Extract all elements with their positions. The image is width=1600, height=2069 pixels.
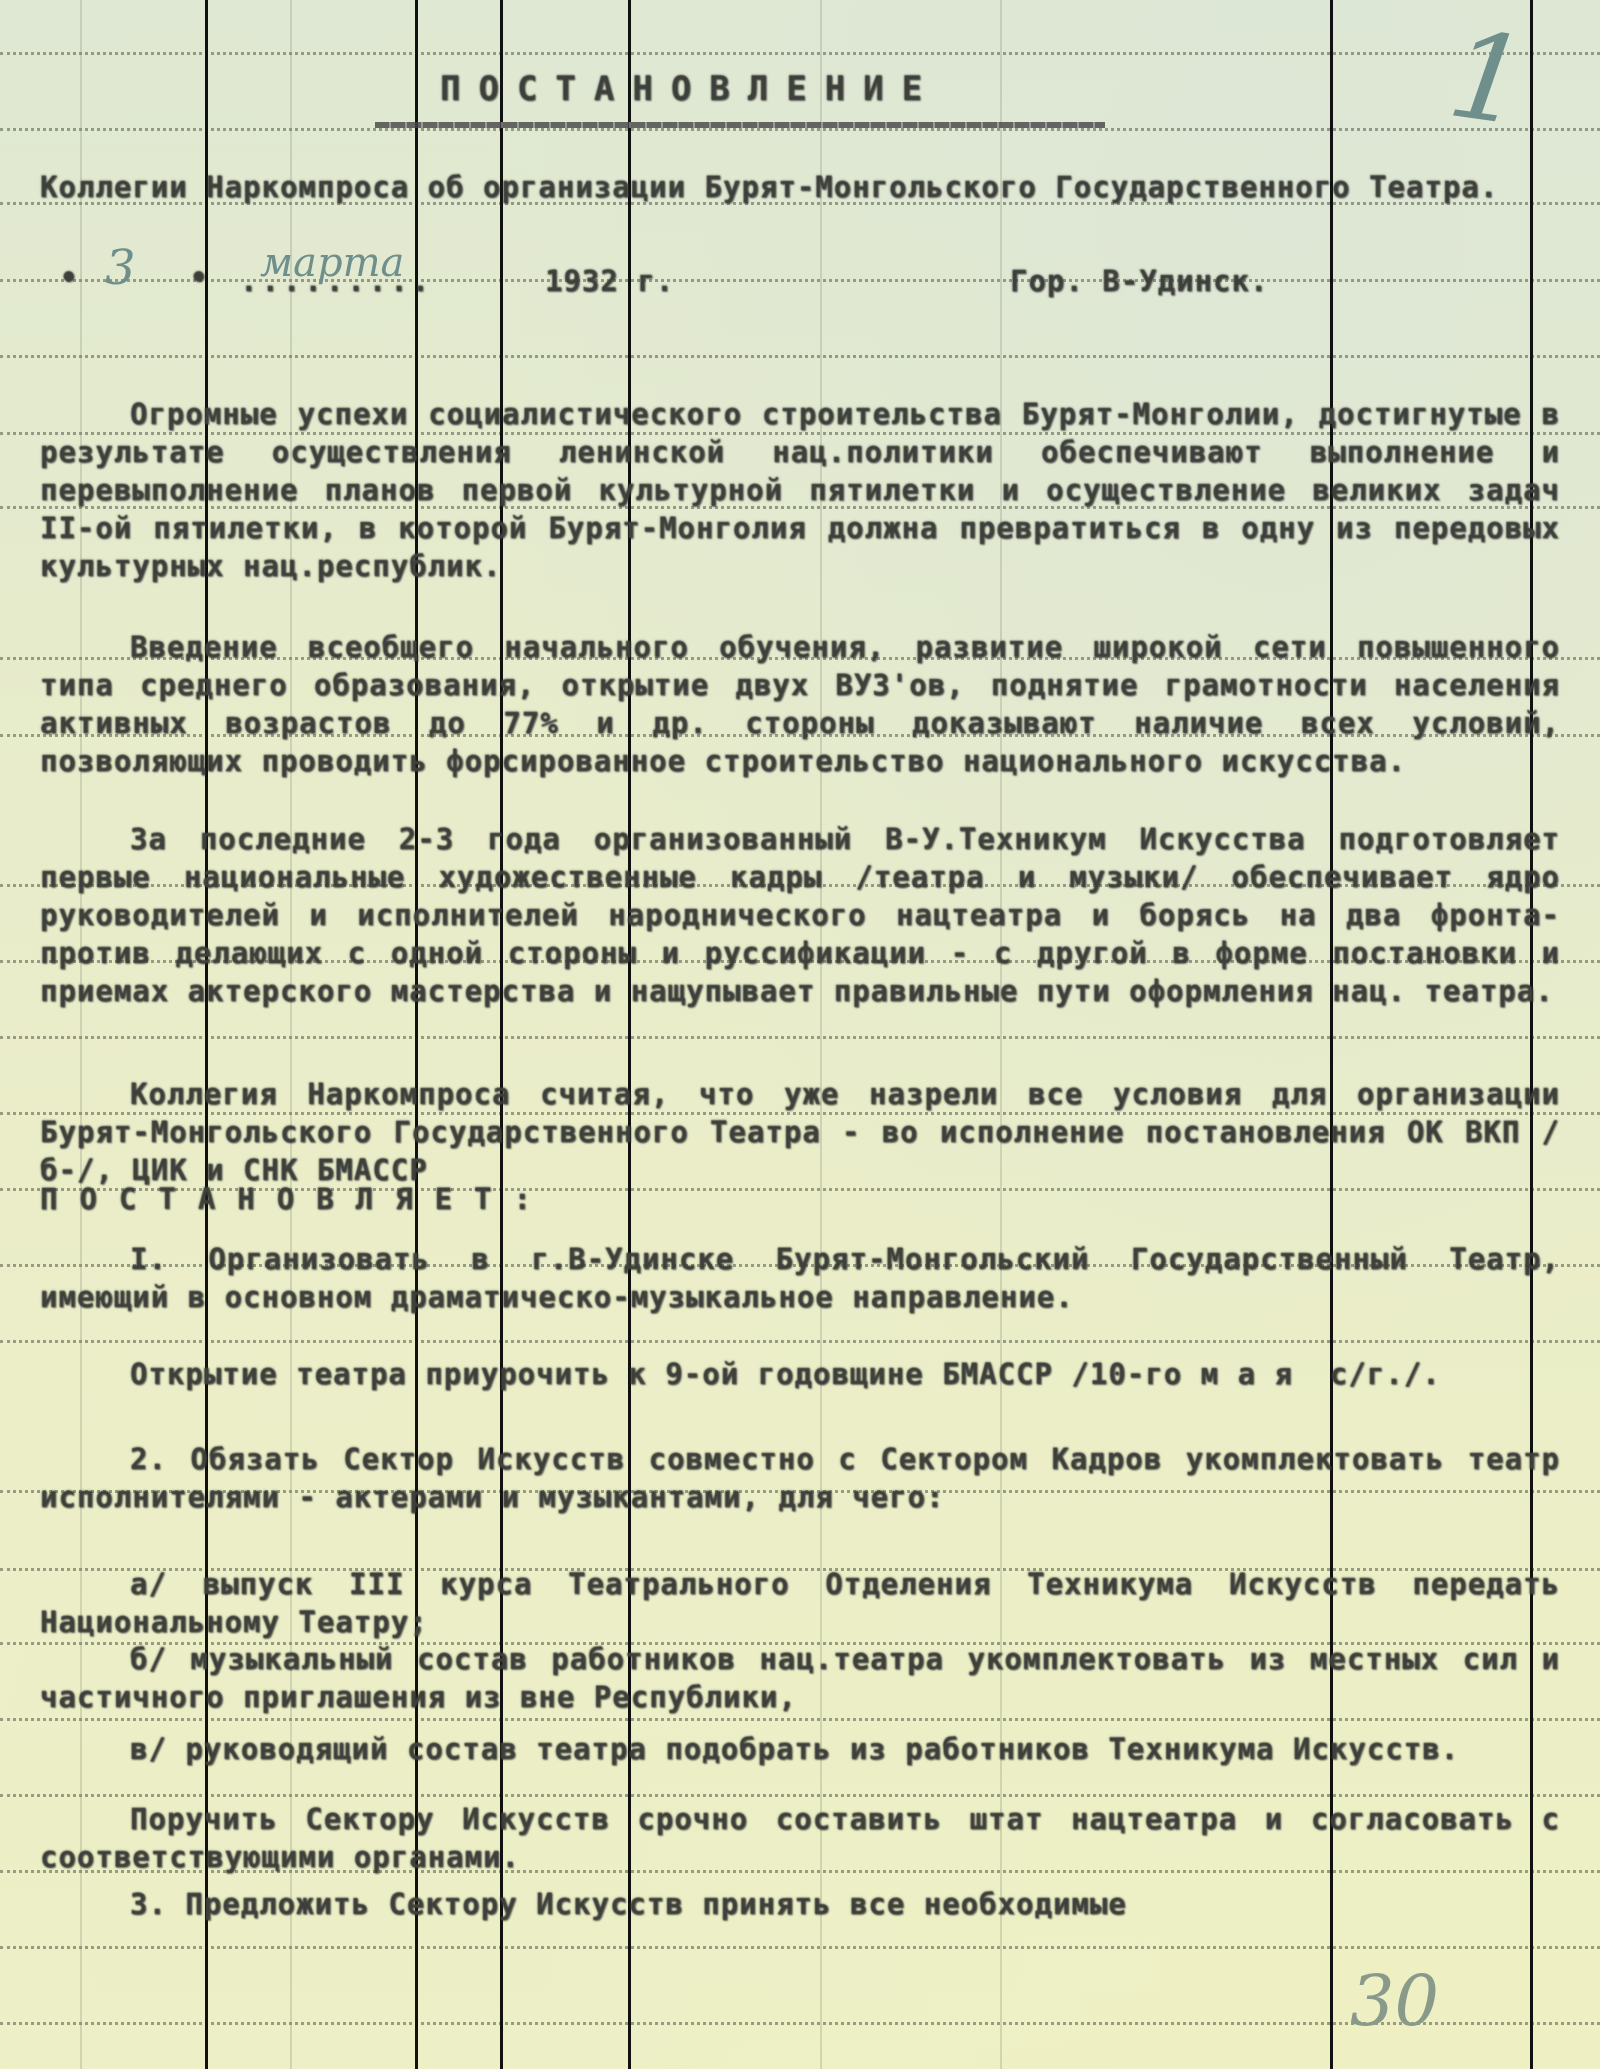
point-3: 3. Предложить Сектору Искусств принять в… (40, 1885, 1560, 1923)
document-header: Коллегии Наркомпроса об организации Буря… (40, 168, 1560, 206)
point-1: I. Организовать в г.В-Удинске Бурят-Монг… (40, 1240, 1560, 1316)
paragraph-2: Введение всеобщего начального обучения, … (40, 628, 1560, 780)
date-month: марта (260, 240, 404, 286)
title-underline (375, 122, 1105, 128)
resolves-heading: ПОСТАНОВЛЯЕТ: (40, 1180, 553, 1218)
paragraph-4: Коллегия Наркомпроса считая, что уже наз… (40, 1075, 1560, 1189)
point-2-sub-a: а/ выпуск III курса Театрального Отделен… (40, 1565, 1560, 1641)
point-2-sub-c: в/ руководящий состав театра подобрать и… (40, 1730, 1560, 1768)
paragraph-1: Огромные успехи социалистического строит… (40, 395, 1560, 585)
point-2: 2. Обязать Сектор Искусств совместно с С… (40, 1440, 1560, 1516)
date-year: 1932 г. (545, 262, 674, 300)
paragraph-3: За последние 2-3 года организованный В-У… (40, 820, 1560, 1010)
document-title: ПОСТАНОВЛЕНИЕ (440, 70, 940, 108)
point-2-extra: Поручить Сектору Искусств срочно состави… (40, 1800, 1560, 1876)
point-1-extra: Открытие театра приурочить к 9-ой годовщ… (40, 1355, 1560, 1393)
point-2-sub-b: б/ музыкальный состав работников нац.теа… (40, 1640, 1560, 1716)
archive-number-handwritten: 30 (1350, 1960, 1439, 2042)
date-day: 3 (105, 240, 136, 296)
date-place: Гор. В-Удинск. (1010, 262, 1268, 300)
